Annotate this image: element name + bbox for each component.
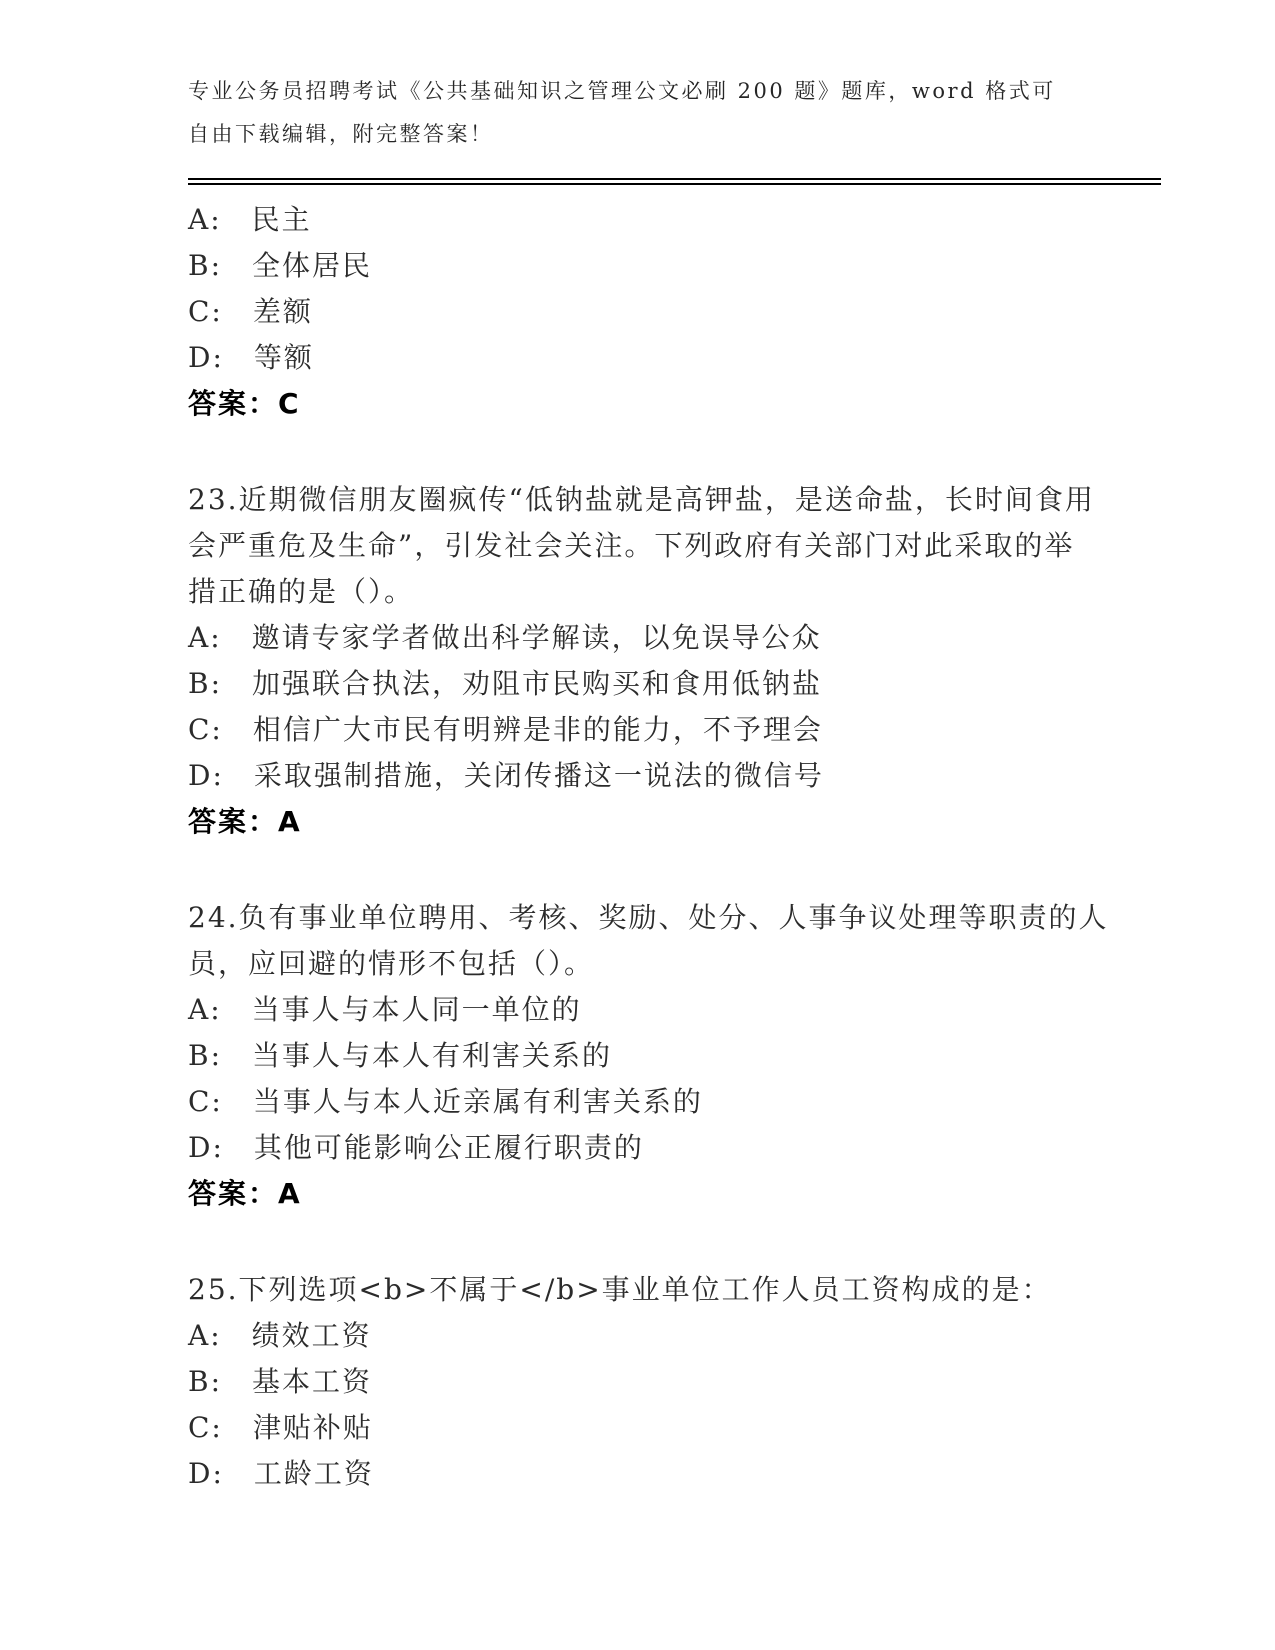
page-header: 专业公务员招聘考试《公共基础知识之管理公文必刷 200 题》题库，word 格式… [188, 0, 1161, 178]
question-text-line: 措正确的是（）。 [188, 569, 1161, 615]
document-content: 专业公务员招聘考试《公共基础知识之管理公文必刷 200 题》题库，word 格式… [188, 0, 1161, 1547]
document-page: 专业公务员招聘考试《公共基础知识之管理公文必刷 200 题》题库，word 格式… [0, 0, 1275, 1650]
option-line: B: 全体居民 [188, 243, 1161, 289]
option-line: D: 等额 [188, 335, 1161, 381]
option-line: A: 绩效工资 [188, 1313, 1161, 1359]
option-line: A: 民主 [188, 197, 1161, 243]
option-line: C: 津贴补贴 [188, 1405, 1161, 1451]
header-line-2: 自由下载编辑，附完整答案！ [188, 113, 1161, 156]
option-line: B: 加强联合执法，劝阻市民购买和食用低钠盐 [188, 661, 1161, 707]
header-line-1: 专业公务员招聘考试《公共基础知识之管理公文必刷 200 题》题库，word 格式… [188, 70, 1161, 113]
option-line: C: 差额 [188, 289, 1161, 335]
option-line: C: 相信广大市民有明辨是非的能力，不予理会 [188, 707, 1161, 753]
question-block-24: 24.负有事业单位聘用、考核、奖励、处分、人事争议处理等职责的人 员，应回避的情… [188, 895, 1161, 1217]
option-line: D: 采取强制措施，关闭传播这一说法的微信号 [188, 753, 1161, 799]
question-block-22-tail: A: 民主 B: 全体居民 C: 差额 D: 等额 答案：C [188, 197, 1161, 427]
option-line: D: 其他可能影响公正履行职责的 [188, 1125, 1161, 1171]
question-list: A: 民主 B: 全体居民 C: 差额 D: 等额 答案：C 23.近期微信朋友… [188, 185, 1161, 1497]
question-text-line: 会严重危及生命”，引发社会关注。下列政府有关部门对此采取的举 [188, 523, 1161, 569]
option-line: A: 当事人与本人同一单位的 [188, 987, 1161, 1033]
option-line: C: 当事人与本人近亲属有利害关系的 [188, 1079, 1161, 1125]
question-text-line: 23.近期微信朋友圈疯传“低钠盐就是高钾盐，是送命盐，长时间食用 [188, 477, 1161, 523]
answer-line: 答案：C [188, 381, 1161, 427]
question-text-line: 员，应回避的情形不包括（）。 [188, 941, 1161, 987]
header-divider [188, 178, 1161, 185]
question-block-23: 23.近期微信朋友圈疯传“低钠盐就是高钾盐，是送命盐，长时间食用 会严重危及生命… [188, 477, 1161, 845]
question-block-25: 25.下列选项<b>不属于</b>事业单位工作人员工资构成的是： A: 绩效工资… [188, 1267, 1161, 1497]
option-line: B: 基本工资 [188, 1359, 1161, 1405]
option-line: B: 当事人与本人有利害关系的 [188, 1033, 1161, 1079]
option-line: A: 邀请专家学者做出科学解读，以免误导公众 [188, 615, 1161, 661]
answer-line: 答案：A [188, 799, 1161, 845]
question-text-line: 25.下列选项<b>不属于</b>事业单位工作人员工资构成的是： [188, 1267, 1161, 1313]
option-line: D: 工龄工资 [188, 1451, 1161, 1497]
answer-line: 答案：A [188, 1171, 1161, 1217]
question-text-line: 24.负有事业单位聘用、考核、奖励、处分、人事争议处理等职责的人 [188, 895, 1161, 941]
